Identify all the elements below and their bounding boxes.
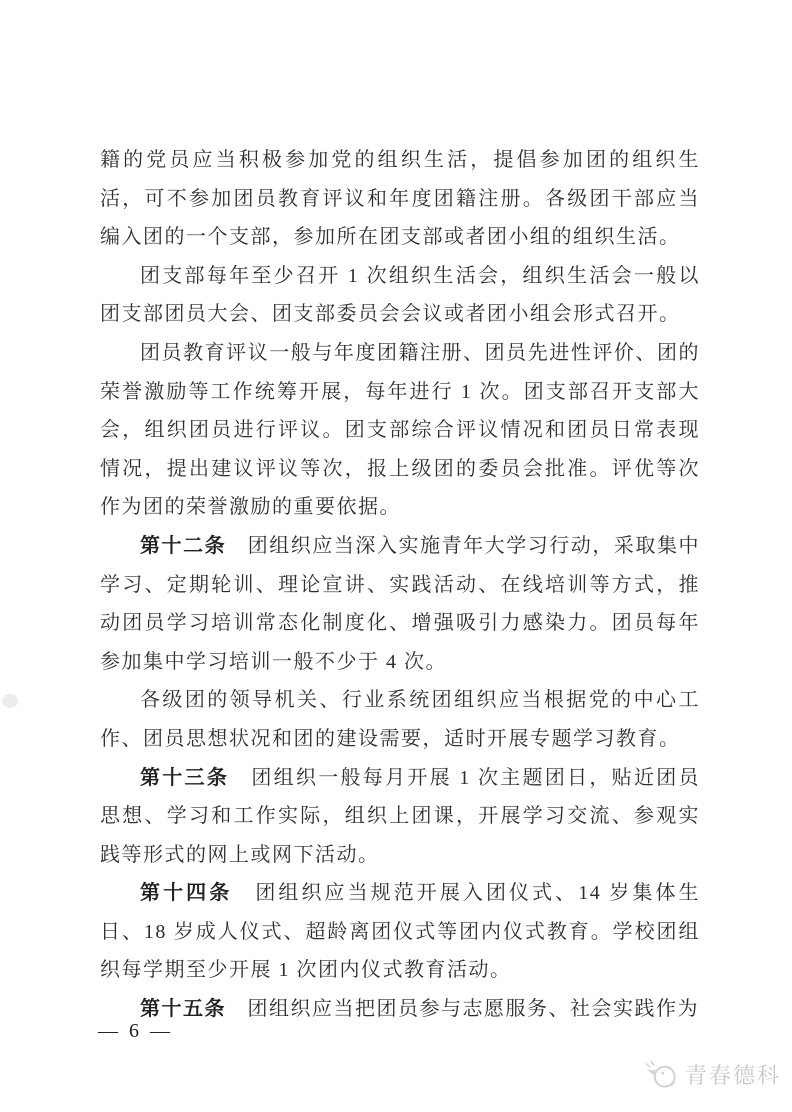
document-page: 籍的党员应当积极参加党的组织生活，提倡参加团的组织生活，可不参加团员教育评议和年… [0, 0, 792, 1112]
watermark: 青春德科 [644, 1056, 781, 1092]
paragraph-article-14: 第十四条 团组织应当规范开展入团仪式、14 岁集体生日、18 岁成人仪式、超龄离… [100, 874, 700, 990]
paragraph-text: 籍的党员应当积极参加党的组织生活，提倡参加团的组织生活，可不参加团员教育评议和年… [100, 149, 700, 248]
article-head: 第十四条 [140, 882, 232, 904]
paragraph-article-13: 第十三条 团组织一般每月开展 1 次主题团日，贴近团员思想、学习和工作实际，组织… [100, 759, 700, 875]
watermark-text: 青春德科 [685, 1059, 781, 1090]
article-head: 第十五条 [140, 998, 226, 1020]
paragraph-text: 各级团的领导机关、行业系统团组织应当根据党的中心工作、团员思想状况和团的建设需要… [100, 689, 700, 750]
paragraph-article-15: 第十五条 团组织应当把团员参与志愿服务、社会实践作为 [100, 990, 700, 1029]
article-head: 第十二条 [140, 535, 226, 557]
paragraph-text: 团员教育评议一般与年度团籍注册、团员先进性评价、团的荣誉激励等工作统筹开展，每年… [100, 342, 700, 518]
paragraph: 团员教育评议一般与年度团籍注册、团员先进性评价、团的荣誉激励等工作统筹开展，每年… [100, 334, 700, 527]
paragraph: 团支部每年至少召开 1 次组织生活会，组织生活会一般以团支部团员大会、团支部委员… [100, 257, 700, 334]
page-number: — 6 — [98, 1020, 173, 1042]
article-head: 第十三条 [140, 767, 229, 789]
scan-artifact [2, 694, 18, 708]
paragraph: 籍的党员应当积极参加党的组织生活，提倡参加团的组织生活，可不参加团员教育评议和年… [100, 141, 700, 257]
bird-logo-icon [644, 1056, 680, 1092]
paragraph-article-12: 第十二条 团组织应当深入实施青年大学习行动，采取集中学习、定期轮训、理论宣讲、实… [100, 527, 700, 681]
page-footer: — 6 — [98, 1020, 173, 1043]
paragraph-text: 团组织应当把团员参与志愿服务、社会实践作为 [226, 998, 699, 1020]
document-body: 籍的党员应当积极参加党的组织生活，提倡参加团的组织生活，可不参加团员教育评议和年… [100, 141, 700, 1029]
paragraph-text: 团支部每年至少召开 1 次组织生活会，组织生活会一般以团支部团员大会、团支部委员… [100, 265, 700, 326]
paragraph: 各级团的领导机关、行业系统团组织应当根据党的中心工作、团员思想状况和团的建设需要… [100, 681, 700, 758]
